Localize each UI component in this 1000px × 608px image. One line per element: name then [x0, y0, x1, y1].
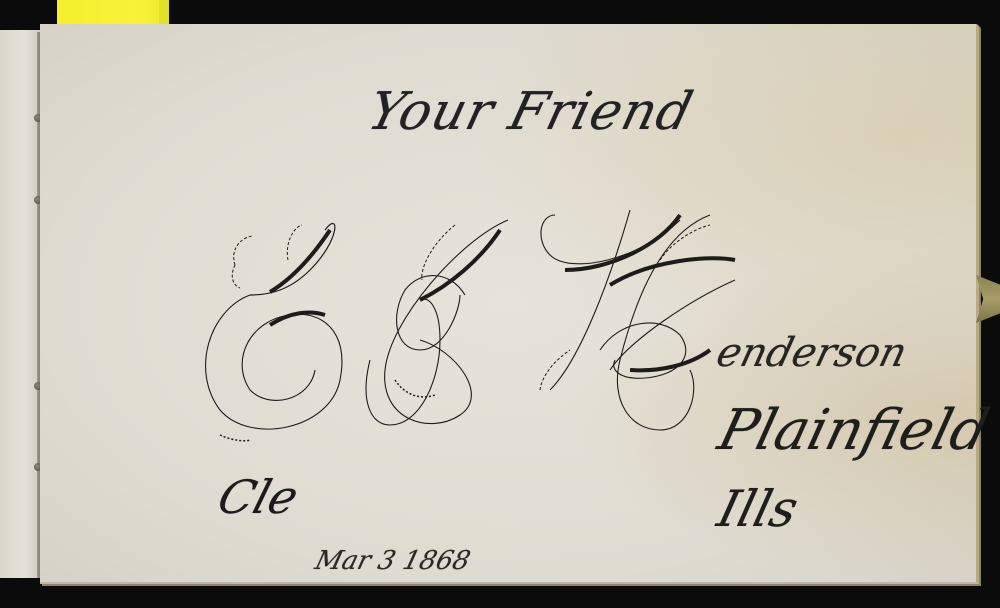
left-page [0, 30, 40, 578]
ornamental-monogram-esh [190, 200, 750, 460]
state-text: Ills [712, 480, 804, 538]
page-tab-clip [976, 275, 1000, 323]
city-text: Plainfield [712, 398, 995, 463]
date-text: Mar 3 1868 [312, 546, 473, 576]
greeting-text: Your Friend [362, 82, 699, 142]
surname-text: enderson [712, 330, 912, 376]
abbreviation-text: Cle [212, 470, 305, 524]
